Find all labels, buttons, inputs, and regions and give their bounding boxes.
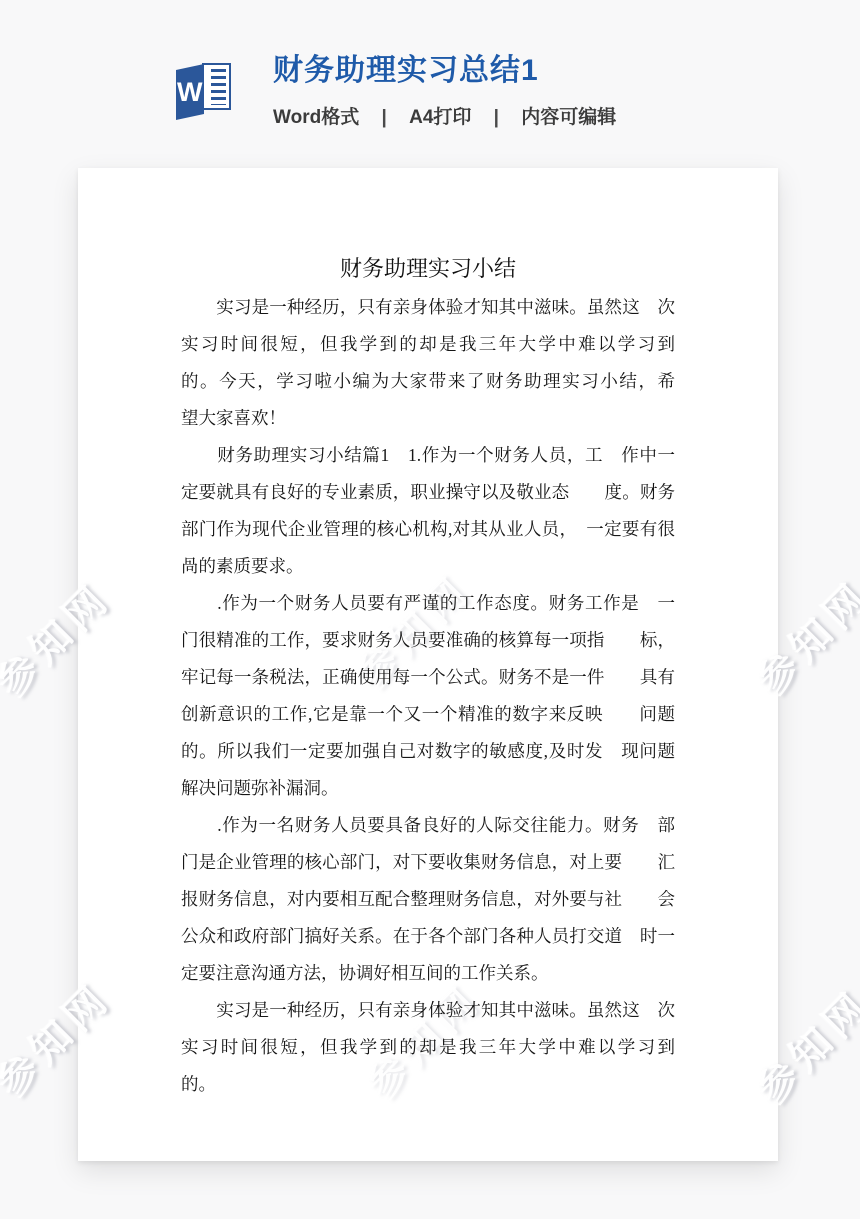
header: W 财务助理实习总结1 Word格式 | A4打印 | 内容可编辑 <box>0 0 860 150</box>
word-icon-panel: W <box>176 64 204 120</box>
document-content: 财务助理实习小结 实习是一种经历，只有亲身体验才知其中滋味。虽然这 次实习时间很… <box>78 168 778 1161</box>
document-body: 实习是一种经历，只有亲身体验才知其中滋味。虽然这 次实习时间很短，但我学到的却是… <box>181 289 675 1103</box>
paragraph: 实习是一种经历，只有亲身体验才知其中滋味。虽然这 次实习时间很短，但我学到的却是… <box>181 992 675 1103</box>
paragraph: 实习是一种经历，只有亲身体验才知其中滋味。虽然这 次实习时间很短，但我学到的却是… <box>181 289 675 437</box>
word-icon-page-lines <box>211 69 226 105</box>
paragraph: 财务助理实习小结篇1 1.作为一个财务人员，工 作中一定要就具有良好的专业素质，… <box>181 437 675 585</box>
word-icon-letter: W <box>177 79 202 106</box>
format-a4: A4打印 <box>409 107 471 128</box>
separator-bar: | <box>381 107 386 128</box>
format-word: Word格式 <box>273 107 359 128</box>
document-title: 财务助理实习小结 <box>181 250 675 287</box>
word-file-icon: W <box>176 60 232 124</box>
header-text: 财务助理实习总结1 Word格式 | A4打印 | 内容可编辑 <box>273 52 616 129</box>
page-title: 财务助理实习总结1 <box>273 52 616 90</box>
word-icon-page <box>202 63 231 110</box>
paragraph: .作为一个财务人员要有严谨的工作态度。财务工作是 一门很精准的工作，要求财务人员… <box>181 585 675 807</box>
separator-bar: | <box>494 107 499 128</box>
paragraph: .作为一名财务人员要具备良好的人际交往能力。财务 部门是企业管理的核心部门，对下… <box>181 807 675 992</box>
format-info: Word格式 | A4打印 | 内容可编辑 <box>273 102 616 129</box>
format-editable: 内容可编辑 <box>521 107 616 128</box>
